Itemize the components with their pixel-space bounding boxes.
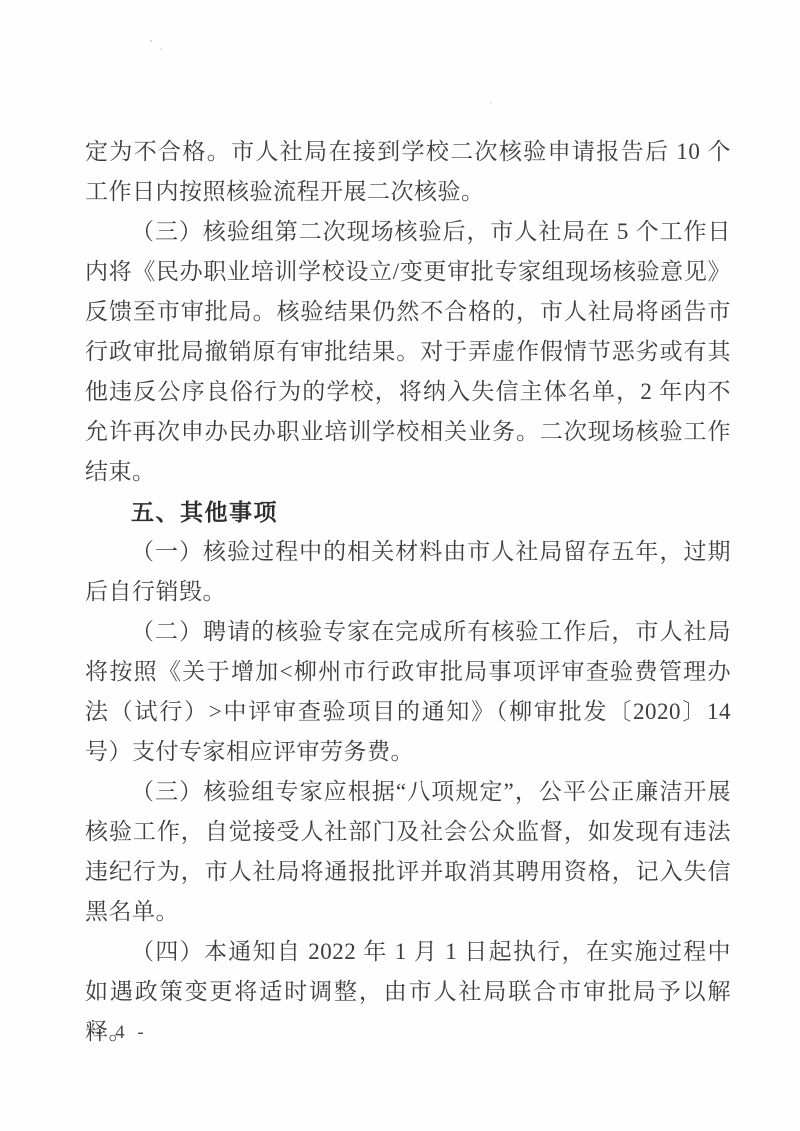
section-heading-other-matters: 五、其他事项	[85, 492, 731, 532]
page-number: - 4 -	[96, 1020, 148, 1046]
paragraph-item-2-expert-fees: （二）聘请的核验专家在完成所有核验工作后，市人社局将按照《关于增加<柳州市行政审…	[85, 612, 731, 772]
paragraph-continuation: 定为不合格。市人社局在接到学校二次核验申请报告后 10 个工作日内按照核验流程开…	[85, 132, 731, 212]
paragraph-item-3-second-inspection: （三）核验组第二次现场核验后，市人社局在 5 个工作日内将《民办职业培训学校设立…	[85, 212, 731, 492]
paragraph-item-1-material-retention: （一）核验过程中的相关材料由市人社局留存五年，过期后自行销毁。	[85, 532, 731, 612]
document-page: 定为不合格。市人社局在接到学校二次核验申请报告后 10 个工作日内按照核验流程开…	[0, 0, 800, 1131]
document-body: 定为不合格。市人社局在接到学校二次核验申请报告后 10 个工作日内按照核验流程开…	[85, 132, 731, 1052]
paragraph-item-3-expert-conduct: （三）核验组专家应根据“八项规定”，公平公正廉洁开展核验工作，自觉接受人社部门及…	[85, 772, 731, 932]
paragraph-item-4-effective-date: （四）本通知自 2022 年 1 月 1 日起执行，在实施过程中如遇政策变更将适…	[85, 932, 731, 1052]
